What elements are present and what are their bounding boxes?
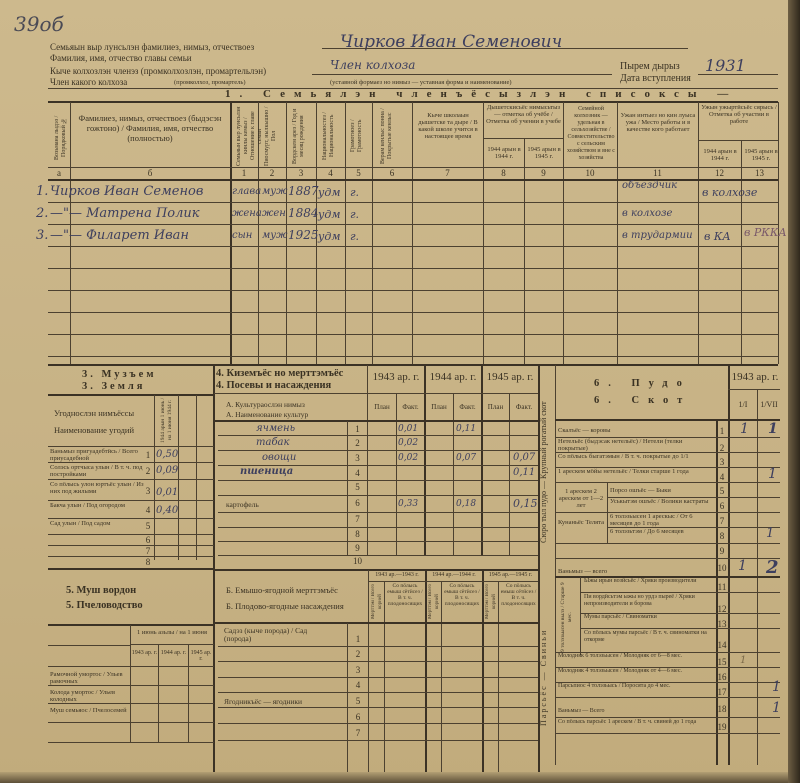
bees-row-label: Муш семьяос / Пчелосемей: [50, 707, 130, 714]
member-name: Чирков Иван Семенов: [50, 184, 203, 199]
head-label-ru: Фамилия, имя, отчество главы семьи: [50, 53, 192, 63]
fruit-row-num: 7: [348, 728, 368, 738]
crop-name: картофель: [226, 501, 259, 508]
col-13-header: 1945 арын в 1945 г.: [744, 148, 778, 162]
fruit-row-num: 5: [348, 696, 368, 706]
col-2-header: Пиосмурт, нылкышно / Пол: [264, 106, 282, 166]
land-col-label-udm: Угоднослэн нимъёссы: [54, 408, 134, 418]
bees-year-1945: 1945 ар. г.: [189, 650, 213, 662]
land-row-num: 5: [142, 521, 154, 531]
livestock-row-num: 9: [716, 546, 728, 556]
livestock-jul: 1: [768, 421, 778, 437]
land-row-num: 6: [142, 535, 154, 545]
land-label: Сад улын / Под садом: [50, 520, 150, 527]
member-birth-year: 1925: [288, 228, 319, 242]
plan-1945: План: [482, 404, 509, 411]
livestock-label: Пи вордӥсьтэм ыжы но урдэ пыреё / Хряки …: [584, 594, 712, 608]
section1-title: 1. Семьялэн членъёсызлэн списоксы —: [225, 88, 737, 100]
land-row-num: 1: [142, 450, 154, 460]
crop-row-num: 8: [348, 529, 367, 539]
crop-fact-1943: 0,02: [398, 438, 418, 448]
crops-year-1943: 1943 ар. г.: [368, 371, 424, 383]
livestock-label: Уськытэм ошъёс / Волики кастраты: [610, 498, 710, 505]
crop-fact-1943: 0,01: [398, 424, 418, 434]
page-binding-edge: [788, 0, 800, 783]
crop-row-num: 3: [348, 453, 367, 463]
bees-row-label: Колода умортос / Ульев колодных: [50, 689, 130, 703]
member-nationality: удм: [318, 230, 340, 243]
col-b-header: Фамилиез, нимыз, отчествоез (быдэсэн гож…: [74, 113, 226, 143]
head-name: Чирков Иван Семенович: [340, 32, 562, 52]
crop-row-num: 2: [348, 438, 367, 448]
member-work-1944: в колхозе: [702, 186, 757, 199]
col-num-2: 2: [258, 168, 286, 178]
col-num-11: 11: [617, 168, 698, 178]
col-6-header: Верам кенлыс понна / Покрытые кенлыс: [380, 106, 406, 166]
livestock-jul: 2: [766, 557, 779, 578]
livestock-jul: 1: [766, 526, 774, 541]
col-11-header: Ужан интыез но кин луыса ужа / Место раб…: [620, 112, 696, 133]
section4-title-ru: 4. Посевы и насаждения: [216, 380, 331, 392]
plan-1943: План: [368, 404, 396, 411]
member-job: в трудармии: [622, 230, 693, 241]
livestock-year: 1943 ар. г.: [730, 371, 780, 383]
bees-row-label: Рамочной умортос / Ульев рамочных: [50, 671, 130, 685]
fruit-row-label: Садэз (кыче порода) / Сад (порода): [224, 627, 334, 643]
side-label-cattle: Сюро тыл пудо — Крупный рогатый скот: [540, 372, 554, 572]
crops-sub-a-udm: А. Культураослэн нимыз: [226, 401, 305, 408]
crop-fact-1945: 0,11: [513, 467, 535, 478]
member-work-1944: в КА: [704, 230, 731, 243]
crops-sub-a-ru: А. Наименование культур: [226, 411, 308, 418]
member-relation: жена: [232, 208, 262, 219]
fruit-bearing-1943: Со пӧлысь емыш сётӥсез / В т. ч. плодоно…: [386, 583, 424, 607]
fruit-sub-b-udm: Б. Емышо-ягодной мерттэмъёс: [226, 585, 338, 595]
livestock-label: Со пӧлысь мумы парсьёс / В т. ч. свинома…: [584, 630, 712, 644]
land-value: 0,40: [156, 505, 178, 516]
livestock-row-num: 7: [716, 516, 728, 526]
member-label-udm: Кыче колхозлэн членэз (промколхозлэн, пр…: [50, 66, 266, 76]
livestock-row-num: 15: [716, 657, 728, 667]
livestock-label: Ваньмыз — Всего: [558, 708, 605, 715]
land-col-label-ru: Наименование угодий: [54, 425, 134, 435]
col-num-7: 7: [412, 168, 483, 178]
livestock-col-jul: 1/VII: [758, 400, 780, 409]
member-value: Член колхоза: [330, 58, 415, 72]
fruit-row-num: 3: [348, 665, 368, 675]
livestock-row-num: 1: [716, 426, 728, 436]
livestock-jan: 1: [740, 421, 749, 437]
land-row-num: 2: [142, 466, 154, 476]
col-num-8: 8: [483, 168, 524, 178]
member-work-1945: в РККА: [744, 226, 787, 239]
col-num-5: 5: [345, 168, 372, 178]
livestock-row-num: 6: [716, 501, 728, 511]
crop-fact-1943: 0,33: [398, 499, 418, 509]
crop-row-num: 6: [348, 498, 367, 508]
member-sex: муж: [262, 186, 287, 197]
member-job: в колхозе: [622, 208, 672, 219]
crop-row-num: 1: [348, 424, 367, 434]
col-4-header: Национальностез / Национальность: [322, 106, 340, 166]
land-row-num: 7: [142, 546, 154, 556]
livestock-label: 1 арескем мӧйы нетельёс / Телки старше 1…: [558, 468, 708, 475]
plan-1944: План: [425, 404, 453, 411]
col-num-10: 10: [563, 168, 617, 178]
crop-fact-1944: 0,11: [456, 424, 476, 434]
member-sex: жен: [262, 208, 286, 219]
land-row-num: 3: [142, 486, 154, 496]
col-8-header: 1944 арын в 1944 г.: [486, 146, 522, 160]
land-label: Вань­мыз пригуа­дебтӥсь / Всего приусаде…: [50, 448, 150, 462]
livestock-col-jan: 1/I: [730, 400, 756, 409]
col-num-a: а: [48, 168, 70, 178]
col-num-1: 1: [230, 168, 258, 178]
crop-fact-1945: 0,15: [513, 497, 538, 510]
section6-title-ru: 6. Скот: [594, 395, 691, 407]
member-label-ru-sub: (промколхоз, промартель): [174, 79, 246, 86]
livestock-row-num: 19: [716, 722, 728, 732]
col-5-header: Грамотноез / Грамотность: [350, 106, 368, 166]
member-literacy: г.: [350, 230, 359, 243]
livestock-label: Ыжы ирын возӥсьёс / Хряки производители: [584, 578, 712, 585]
member-literacy: г.: [350, 186, 359, 199]
crop-fact-1945: 0,07: [513, 452, 535, 463]
col-7-header: Кыче школаын дышетске та дыре / В какой …: [415, 112, 481, 140]
fruit-row-num: 4: [348, 680, 368, 690]
livestock-label: Со пӧлысь быгатэмын / В т. ч. покрытые д…: [558, 453, 708, 460]
member-birth-year: 1887: [288, 184, 319, 198]
livestock-label: Парсьпиос 4 толэзьысь / Поросята до 4 ме…: [558, 683, 713, 690]
livestock-row-num: 3: [716, 457, 728, 467]
livestock-row-num: 16: [716, 672, 728, 682]
livestock-row-num: 17: [716, 687, 728, 697]
crop-name: овощи: [262, 452, 296, 463]
col-9-header: 1945 арын в 1945 г.: [526, 146, 562, 160]
crop-fact-1944: 0,18: [456, 499, 476, 509]
page-bottom-edge: [0, 772, 790, 783]
livestock-row-num: 8: [716, 531, 728, 541]
study-group-header: Дышетскисьёс нимысьтыз — отметка об учёб…: [486, 104, 561, 125]
member-sex: муж: [262, 230, 287, 241]
livestock-row-num: 18: [716, 704, 728, 714]
livestock-label: Молодняк 6 толэзьысен / Молодняк от 6—8 …: [558, 653, 713, 660]
col-3-header: Вордскем арез / Год и месяц рождения: [292, 106, 312, 166]
col-num-6: 6: [372, 168, 412, 178]
col-1-header: Семьяын выр лунсьлэн кинлы кемыз / Отнош…: [236, 106, 254, 166]
col-10-header: Семейной колхозник — удельная в сельхозя…: [566, 106, 616, 162]
join-label-udm: Пырем дырыз: [620, 62, 680, 72]
col-num-13: 13: [741, 168, 778, 178]
livestock-label: Со пӧлысь парсьёс 1 арескем / В т. ч. св…: [558, 719, 713, 726]
fruit-sub-b-ru: Б. Плодово-ягодные насаждения: [226, 601, 344, 611]
member-label-ru: Член какого колхоза: [50, 77, 127, 87]
land-label: Бакча улын / Под огородом: [50, 502, 150, 509]
member-relation: сын: [232, 230, 252, 241]
bees-year-1944: 1944 ар. г.: [159, 650, 188, 656]
fact-1943: Факт.: [397, 404, 424, 411]
section4-title-udm: 4. Киземъёс но мерттэмъёс: [216, 368, 343, 380]
row-number: 2.: [36, 206, 48, 221]
join-year: 1931: [705, 56, 746, 75]
col-num-3: 3: [286, 168, 316, 178]
join-label-ru: Дата вступления: [620, 74, 691, 84]
fruit-bearing-1944: Со пӧлысь емыш сётӥсез / В т. ч. плодоно…: [443, 583, 481, 607]
member-job: объездчик: [622, 180, 677, 191]
fruit-row-label: Ягодникъёс — ягодники: [224, 698, 302, 705]
livestock-label: Мумы парсьёс / Свиноматки: [584, 614, 712, 621]
fruit-total-1944: Мерт­тэм / Всего корней: [427, 584, 440, 620]
fruit-year-1943: 1943 ар.—1943 г.: [369, 572, 425, 578]
fruit-year-1944: 1944 ар.—1944 г.: [426, 572, 482, 578]
livestock-group-label: Кунаньёс Телята: [557, 519, 605, 526]
livestock-label: Скалъёс — коровы: [558, 427, 610, 434]
crop-row-num: 7: [348, 514, 367, 524]
fruit-row-num: 2: [348, 649, 368, 659]
land-row-num: 8: [142, 557, 154, 567]
crop-fact-1943: 0,02: [398, 453, 418, 463]
fruit-row-num: 1: [348, 634, 368, 644]
livestock-label: Порсо ошъёс — Быки: [610, 487, 710, 494]
livestock-row-num: 5: [716, 486, 728, 496]
fruit-total-1943: Мерт­тэм / Всего корней: [370, 584, 383, 620]
livestock-jan: 1: [738, 558, 747, 574]
member-nationality: удм: [318, 208, 340, 221]
livestock-label: 6 толэзьысен 1 арескыс / От 6 месяцев до…: [610, 513, 710, 527]
crop-row-num: 9: [348, 543, 367, 553]
fact-1944: Факт.: [454, 404, 481, 411]
head-label-udm: Семьяын выр лунсьлэн фамилиез, нимыз, от…: [50, 42, 254, 52]
crop-row-num: 4: [348, 468, 367, 478]
row-number: 1.: [36, 184, 48, 199]
livestock-row-num: 14: [716, 640, 728, 650]
section6-title-udm: 6. Пудо: [594, 378, 691, 390]
member-nationality: удм: [318, 186, 340, 199]
land-label: Со пӧлысь улон юртъёс улын / Из них под …: [50, 481, 150, 495]
pigs-group-label: 9 толэзьысен вылэ / Старше 9 мес.: [560, 582, 578, 652]
crop-row-num: 10: [348, 556, 367, 566]
livestock-row-num: 10: [716, 563, 728, 573]
fact-1945: Факт.: [510, 404, 538, 411]
land-value: 0,01: [156, 487, 178, 498]
col-num-9: 9: [524, 168, 563, 178]
member-literacy: г.: [350, 208, 359, 221]
crop-name: пшеница: [240, 466, 293, 477]
livestock-group-label: 1 арескем 2 арескем от 1—2 лет: [557, 488, 605, 509]
fruit-year-1945: 1945 ар.—1945 г.: [483, 572, 538, 578]
land-value: 0,09: [156, 465, 178, 476]
member-name: —"— Матрена Полик: [50, 206, 200, 221]
livestock-label: 6 толэзьтэм / До 6 месяцев: [610, 528, 710, 535]
section3-title-ru: 3. Земля: [82, 381, 145, 393]
page-number: 39об: [14, 12, 64, 36]
land-value: 0,50: [156, 449, 178, 460]
fruit-row-num: 6: [348, 712, 368, 722]
crop-row-num: 5: [348, 482, 367, 492]
section3-title-udm: 3. Музъем: [82, 369, 157, 381]
col-num-b: б: [70, 168, 230, 178]
side-label-pigs: Парсьёс — Свиньи: [540, 590, 554, 765]
land-row-num: 4: [142, 505, 154, 515]
livestock-label: Нетельёс (быдэсак нетельёс) / Нетели (те…: [558, 438, 708, 452]
crop-name: ячмень: [256, 423, 295, 434]
livestock-label: Ваньмыз — всего: [558, 568, 607, 575]
crop-fact-1944: 0,07: [456, 453, 476, 463]
row-number: 3.: [36, 228, 48, 243]
bees-year-1943: 1943 ар. г.: [131, 650, 158, 656]
crop-name: табак: [256, 437, 289, 448]
col-num-12: 12: [698, 168, 741, 178]
member-name: —"— Филарет Иван: [50, 228, 189, 243]
livestock-jul: 1: [768, 466, 777, 482]
col-a-header: Возьмана лыдэз / Порядковый №: [54, 110, 68, 165]
livestock-label: Молодняк 4 толэзьысен / Молодняк от 4—6 …: [558, 668, 713, 675]
crops-year-1945: 1945 ар. г.: [482, 371, 538, 383]
charter-note: (уставной формаез но нимыз — уставная фо…: [330, 79, 512, 86]
livestock-row-num: 4: [716, 472, 728, 482]
livestock-jul: 1: [772, 700, 781, 716]
member-relation: глава: [232, 186, 261, 197]
livestock-jan: 1: [740, 655, 746, 666]
fruit-total-1945: Мерт­тэм / Всего корней: [484, 584, 497, 620]
work-group-header: Уж­ын ужыртӥсь­ёс сярысь / Отметка об уч…: [701, 104, 777, 125]
section5-title-ru: 5. Пчеловодство: [66, 600, 143, 612]
section5-title-udm: 5. Муш вордон: [66, 585, 136, 597]
member-birth-year: 1884: [288, 206, 319, 220]
crops-year-1944: 1944 ар. г.: [425, 371, 481, 383]
livestock-row-num: 11: [716, 582, 728, 592]
bees-col-group: 1 июнь азьлы / на 1 июня: [132, 629, 212, 636]
document-page: 39об Семьяын выр лунсьлэн фамилиез, нимы…: [0, 0, 790, 783]
land-label: Со­лэсь ортчыса улын / В т. ч. под постр…: [50, 464, 150, 478]
land-date-header: 1944 арын 1 июнь / на 1 июня 1944 г.: [160, 396, 176, 444]
fruit-bearing-1945: Со пӧлысь емыш сётӥсез / В т. ч. плодоно…: [500, 583, 537, 607]
livestock-jul: 1: [772, 679, 781, 695]
col-12-header: 1944 арын в 1944 г.: [701, 148, 739, 162]
col-num-4: 4: [316, 168, 345, 178]
